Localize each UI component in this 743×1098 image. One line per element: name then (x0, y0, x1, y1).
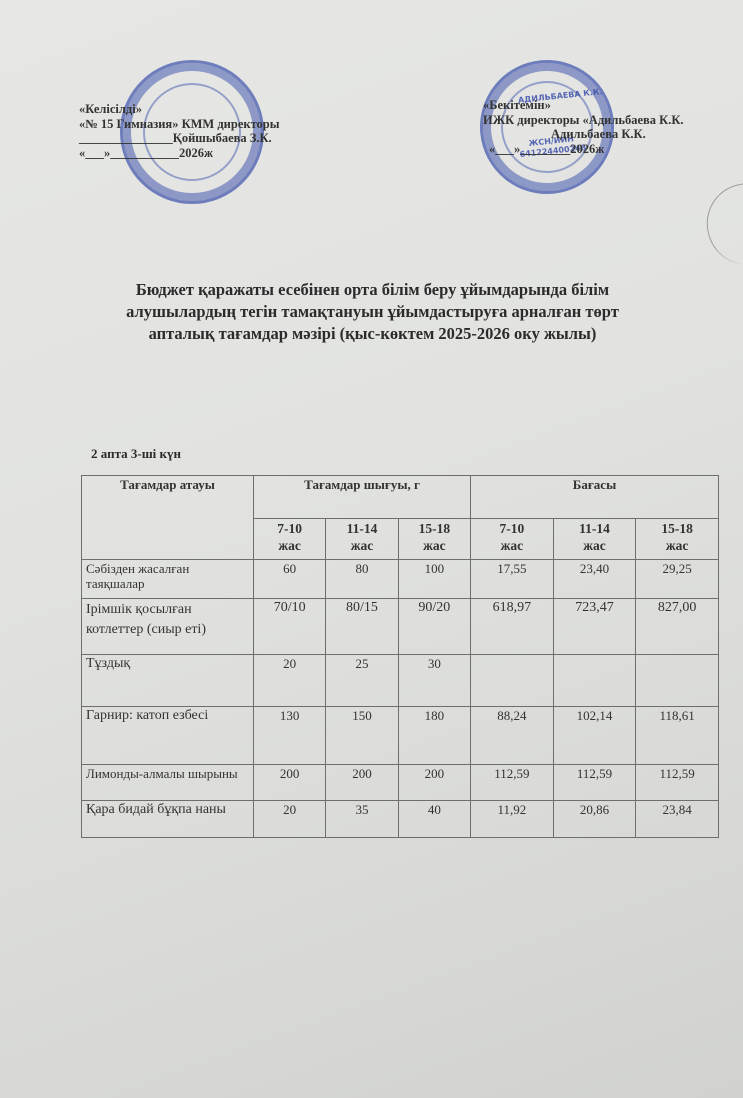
week-day-label: 2 апта 3-ші күн (91, 446, 181, 462)
yield-cell: 35 (326, 801, 398, 838)
yield-cell: 200 (326, 765, 398, 801)
price-cell (553, 655, 636, 707)
header-age-group: 7-10жас (254, 519, 326, 560)
yield-cell: 150 (326, 707, 398, 765)
yield-cell: 30 (398, 655, 470, 707)
yield-cell: 80 (326, 560, 398, 599)
price-cell: 102,14 (553, 707, 636, 765)
approval-line: «№ 15 Гимназия» КММ директоры (79, 117, 280, 132)
menu-table: Тағамдар атауы Тағамдар шығуы, г Бағасы … (81, 475, 719, 838)
dish-name-cell: Лимонды-алмалы шырыны (82, 765, 254, 801)
dish-name-cell: Сәбізден жасалған таяқшалар (82, 560, 254, 599)
approval-line: «___»___________2026ж (79, 146, 280, 161)
price-cell: 20,86 (553, 801, 636, 838)
table-row: Ірімшік қосылған котлеттер (сиыр еті)70/… (82, 599, 719, 655)
page-curl-edge (700, 180, 743, 270)
yield-cell: 40 (398, 801, 470, 838)
table-row: Гарнир: катоп езбесі13015018088,24102,14… (82, 707, 719, 765)
yield-cell: 70/10 (254, 599, 326, 655)
document-title: Бюджет қаражаты есебінен орта білім беру… (100, 279, 645, 345)
yield-cell: 90/20 (398, 599, 470, 655)
approval-line: «___»________2026ж (483, 142, 684, 157)
yield-cell: 80/15 (326, 599, 398, 655)
price-cell: 17,55 (471, 560, 554, 599)
price-cell: 88,24 (471, 707, 554, 765)
price-cell: 112,59 (636, 765, 719, 801)
header-yield: Тағамдар шығуы, г (254, 476, 471, 519)
dish-name-cell: Ірімшік қосылған котлеттер (сиыр еті) (82, 599, 254, 655)
price-cell: 118,61 (636, 707, 719, 765)
price-cell: 827,00 (636, 599, 719, 655)
price-cell: 112,59 (471, 765, 554, 801)
price-cell: 112,59 (553, 765, 636, 801)
yield-cell: 200 (398, 765, 470, 801)
approval-line: ИЖК директоры «Адильбаева К.К. (483, 113, 684, 128)
dish-name-cell: Тұздық (82, 655, 254, 707)
yield-cell: 200 (254, 765, 326, 801)
yield-cell: 180 (398, 707, 470, 765)
approval-line: «Бекітемін» (483, 98, 684, 113)
header-age-group: 7-10жас (471, 519, 554, 560)
approval-line: _______________Қойшыбаева З.К. (79, 131, 280, 146)
price-cell (471, 655, 554, 707)
table-row: Лимонды-алмалы шырыны200200200112,59112,… (82, 765, 719, 801)
table-row: Қара бидай бұқпа наны20354011,9220,8623,… (82, 801, 719, 838)
price-cell: 29,25 (636, 560, 719, 599)
yield-cell: 100 (398, 560, 470, 599)
header-age-group: 15-18жас (636, 519, 719, 560)
approval-line: Адильбаева К.К. (483, 127, 684, 142)
yield-cell: 60 (254, 560, 326, 599)
price-cell: 723,47 (553, 599, 636, 655)
price-cell: 23,84 (636, 801, 719, 838)
yield-cell: 130 (254, 707, 326, 765)
approval-agreed-block: «Келісілді» «№ 15 Гимназия» КММ директор… (79, 102, 280, 160)
header-price: Бағасы (471, 476, 719, 519)
yield-cell: 20 (254, 801, 326, 838)
dish-name-cell: Қара бидай бұқпа наны (82, 801, 254, 838)
header-dish-name: Тағамдар атауы (82, 476, 254, 560)
price-cell: 11,92 (471, 801, 554, 838)
price-cell: 23,40 (553, 560, 636, 599)
price-cell: 618,97 (471, 599, 554, 655)
header-age-group: 11-14жас (326, 519, 398, 560)
header-age-group: 11-14жас (553, 519, 636, 560)
dish-name-cell: Гарнир: катоп езбесі (82, 707, 254, 765)
yield-cell: 20 (254, 655, 326, 707)
price-cell (636, 655, 719, 707)
table-row: Сәбізден жасалған таяқшалар608010017,552… (82, 560, 719, 599)
header-age-group: 15-18жас (398, 519, 470, 560)
approval-line: «Келісілді» (79, 102, 280, 117)
yield-cell: 25 (326, 655, 398, 707)
approval-approved-block: «Бекітемін» ИЖК директоры «Адильбаева К.… (483, 98, 684, 156)
table-row: Тұздық202530 (82, 655, 719, 707)
